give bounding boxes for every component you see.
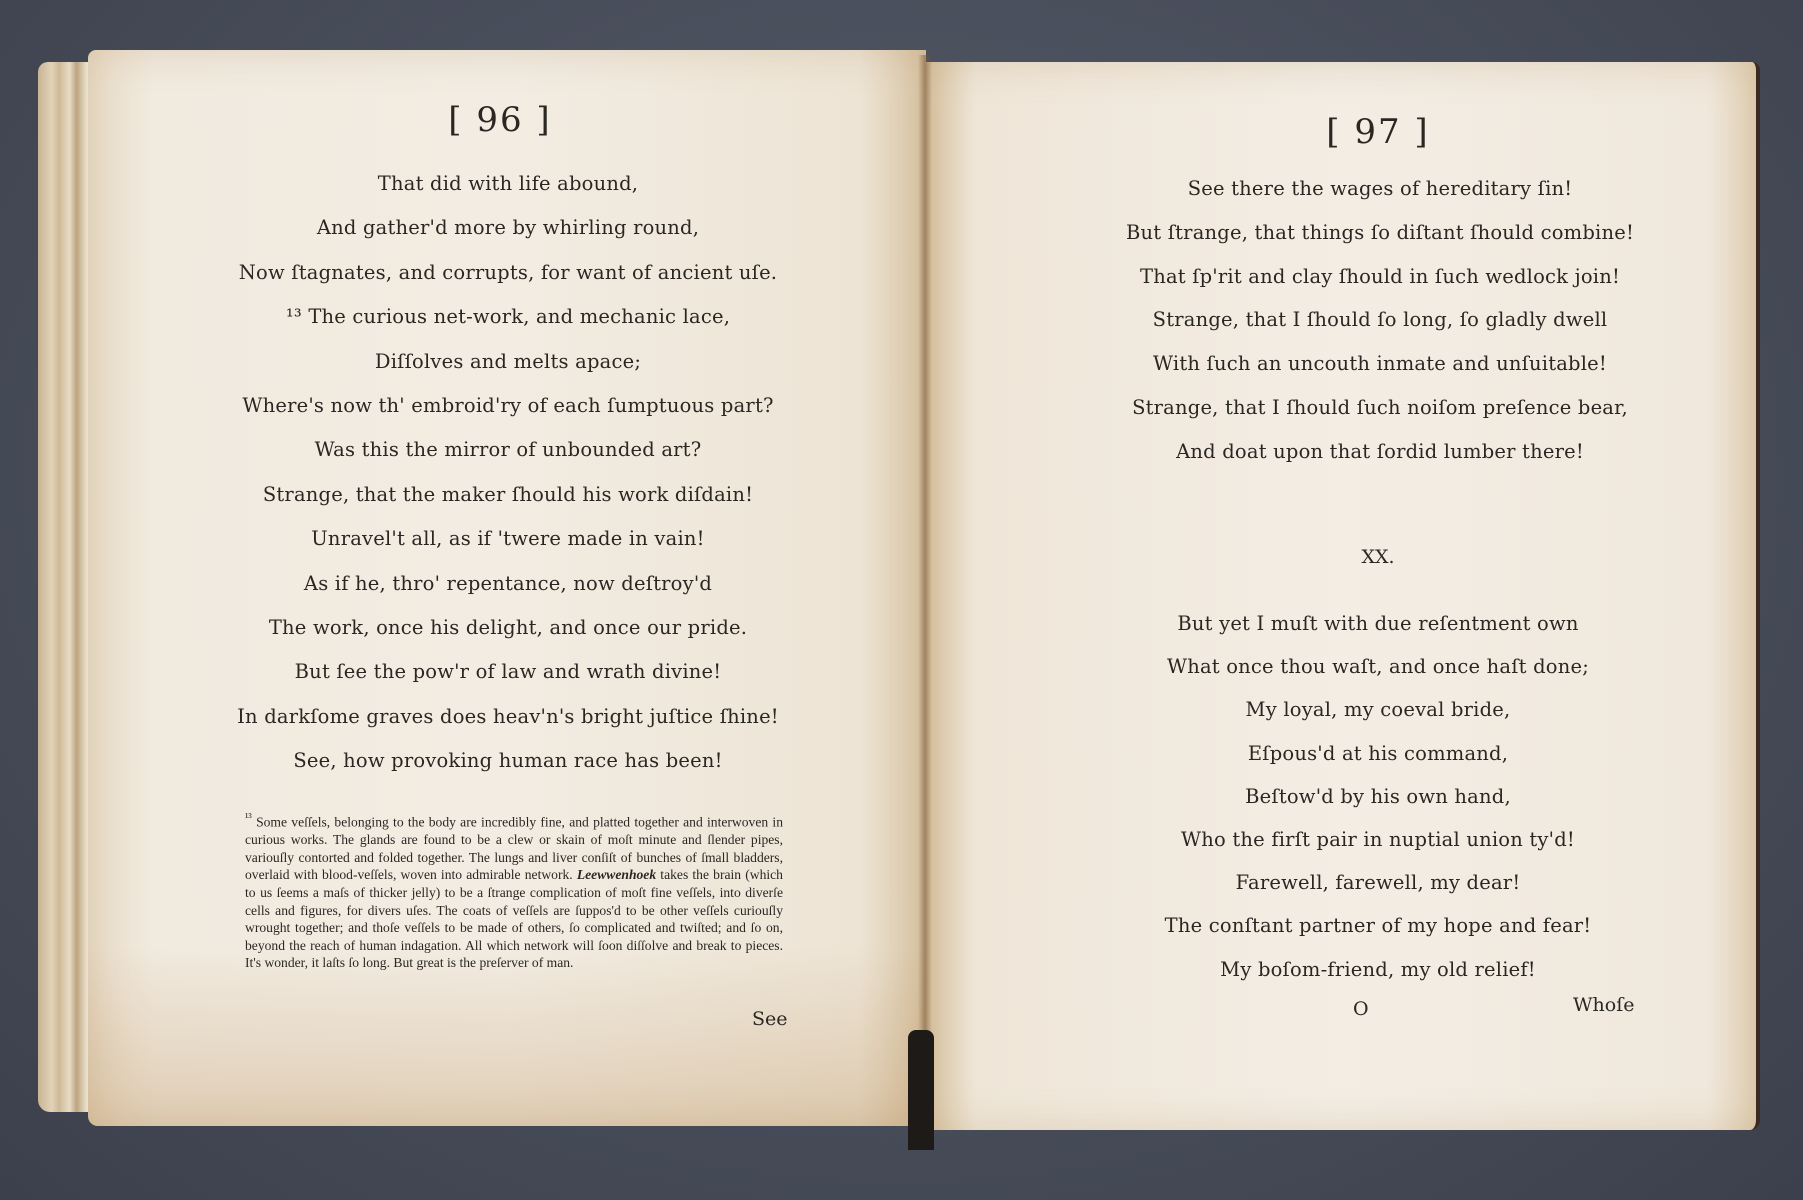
signature-mark: O [1353, 998, 1369, 1020]
verse-line: The work, once his delight, and once our… [158, 616, 858, 639]
verse-line: And gather'd more by whirling round, [158, 216, 858, 239]
verse-line: My loyal, my coeval bride, [1028, 698, 1728, 721]
verse-line: And doat upon that ſordid lumber there! [1030, 440, 1730, 463]
section-heading: XX. [1278, 546, 1478, 568]
verse-line: Unravel't all, as if 'twere made in vain… [158, 527, 858, 550]
water-stain [88, 946, 926, 1126]
verse-line: But yet I muſt with due reſentment own [1028, 612, 1728, 635]
verse-line: See, how provoking human race has been! [158, 749, 858, 772]
verse-line: See there the wages of hereditary ſin! [1030, 177, 1730, 200]
verse-line: Strange, that I ſhould ſuch noiſom preſe… [1030, 396, 1730, 419]
verse-line: Beſtow'd by his own hand, [1028, 785, 1728, 808]
verse-line: ¹³ The curious net-work, and mechanic la… [158, 305, 858, 328]
verse-line: My boſom-friend, my old relief! [1028, 958, 1728, 981]
footnote-marker: ¹³ [245, 812, 252, 824]
verse-line: Diſſolves and melts apace; [158, 350, 858, 373]
right-page-number: [ 97 ] [1278, 112, 1478, 152]
verse-line: That ſp'rit and clay ſhould in ſuch wedl… [1030, 265, 1730, 288]
verse-line: Now ſtagnates, and corrupts, for want of… [158, 261, 858, 284]
verse-line: Was this the mirror of unbounded art? [158, 438, 858, 461]
footnote-13: ¹³ Some veſſels, belonging to the body a… [245, 810, 783, 972]
verse-line: Where's now th' embroid'ry of each ſumpt… [158, 394, 858, 417]
footnote-text-part2: takes the brain (which to us ſeems a maſ… [245, 867, 783, 970]
verse-line: What once thou waſt, and once haſt done; [1028, 655, 1728, 678]
verse-line: But ſee the pow'r of law and wrath divin… [158, 660, 858, 683]
left-page-number: [ 96 ] [400, 100, 600, 140]
verse-line: In darkſome graves does heav'n's bright … [158, 705, 858, 728]
verse-line: Strange, that I ſhould ſo long, ſo gladl… [1030, 308, 1730, 331]
verse-line: As if he, thro' repentance, now deſtroy'… [158, 572, 858, 595]
footnote-italic-name: Leewwenhoek [577, 867, 656, 882]
spine-tear [908, 1030, 934, 1150]
right-catchword: Whoſe [1573, 994, 1634, 1016]
verse-line: Who the firſt pair in nuptial union ty'd… [1028, 828, 1728, 851]
verse-line: Strange, that the maker ſhould his work … [158, 483, 858, 506]
verse-line: Eſpous'd at his command, [1028, 742, 1728, 765]
book-spine-gutter [918, 55, 932, 1130]
verse-line: That did with life abound, [158, 172, 858, 195]
left-catchword: See [752, 1008, 788, 1030]
verse-line: With ſuch an uncouth inmate and unſuitab… [1030, 352, 1730, 375]
verse-line: The conſtant partner of my hope and fear… [1028, 914, 1728, 937]
verse-line: Farewell, farewell, my dear! [1028, 871, 1728, 894]
verse-line: But ſtrange, that things ſo diſtant ſhou… [1030, 221, 1730, 244]
